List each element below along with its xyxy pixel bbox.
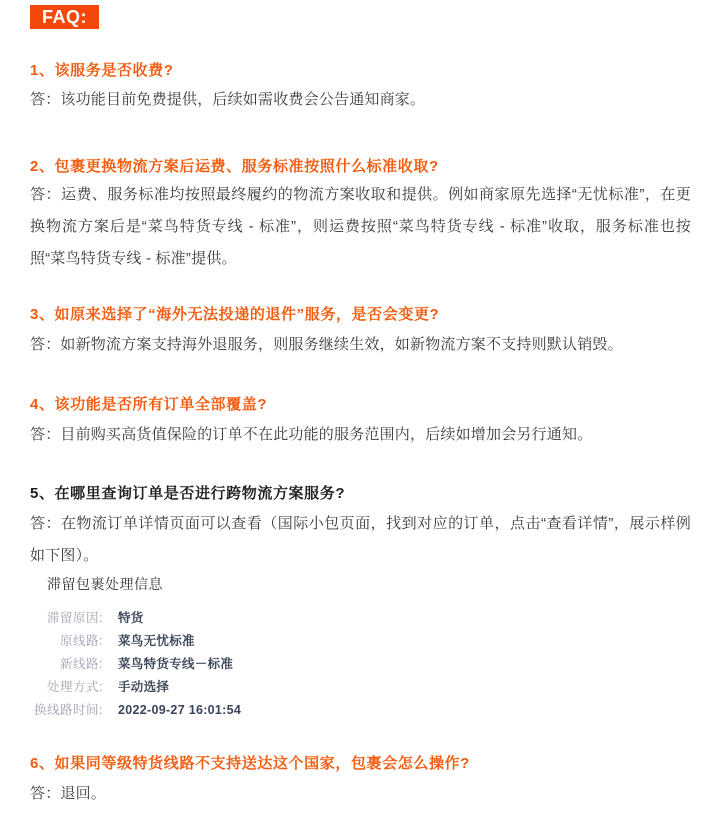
stranded-package-info-panel: 滞留包裹处理信息 滞留原因: 特货 原线路: 菜鸟无忧标准 新线路: 菜鸟特货专…: [30, 574, 691, 722]
detail-row-value: 2022-09-27 16:01:54: [118, 699, 241, 722]
faq-question-6: 6、如果同等级特货线路不支持送达这个国家，包裹会怎么操作?: [30, 754, 691, 774]
detail-row-label: 处理方式:: [30, 676, 103, 699]
faq-answer-3: 答：如新物流方案支持海外退服务，则服务继续生效，如新物流方案不支持则默认销毁。: [30, 329, 691, 361]
detail-row-handle-method: 处理方式: 手动选择: [30, 676, 691, 699]
faq-question-4: 4、该功能是否所有订单全部覆盖?: [30, 395, 691, 415]
faq-answer-2: 答：运费、服务标准均按照最终履约的物流方案收取和提供。例如商家原先选择“无忧标准…: [30, 179, 691, 275]
detail-row-value: 手动选择: [118, 676, 169, 699]
faq-page: FAQ: 1、该服务是否收费? 答：该功能目前免费提供，后续如需收费会公告通知商…: [0, 0, 721, 810]
detail-row-stranded-reason: 滞留原因: 特货: [30, 607, 691, 630]
faq-question-5: 5、在哪里查询订单是否进行跨物流方案服务?: [30, 484, 691, 504]
detail-row-label: 换线路时间:: [30, 699, 103, 722]
faq-question-2: 2、包裹更换物流方案后运费、服务标准按照什么标准收取?: [30, 157, 691, 177]
detail-row-label: 新线路:: [30, 653, 103, 676]
detail-row-switch-time: 换线路时间: 2022-09-27 16:01:54: [30, 699, 691, 722]
faq-question-3: 3、如原来选择了“海外无法投递的退件”服务，是否会变更?: [30, 305, 691, 325]
faq-answer-6: 答：退回。: [30, 778, 691, 810]
detail-row-label: 原线路:: [30, 630, 103, 653]
faq-answer-1: 答：该功能目前免费提供，后续如需收费会公告通知商家。: [30, 84, 691, 116]
detail-row-original-line: 原线路: 菜鸟无忧标准: [30, 630, 691, 653]
faq-answer-4: 答：目前购买高货值保险的订单不在此功能的服务范围内，后续如增加会另行通知。: [30, 419, 691, 451]
panel-title: 滞留包裹处理信息: [30, 574, 691, 594]
detail-row-value: 特货: [118, 607, 144, 630]
faq-answer-5: 答：在物流订单详情页面可以查看（国际小包页面，找到对应的订单，点击“查看详情”，…: [30, 508, 691, 572]
detail-row-value: 菜鸟无忧标准: [118, 630, 195, 653]
faq-question-1: 1、该服务是否收费?: [30, 61, 691, 81]
detail-row-label: 滞留原因:: [30, 607, 103, 630]
panel-rows: 滞留原因: 特货 原线路: 菜鸟无忧标准 新线路: 菜鸟特货专线－标准 处理方式…: [30, 607, 691, 722]
detail-row-new-line: 新线路: 菜鸟特货专线－标准: [30, 653, 691, 676]
detail-row-value: 菜鸟特货专线－标准: [118, 653, 233, 676]
faq-title-badge: FAQ:: [30, 5, 99, 29]
